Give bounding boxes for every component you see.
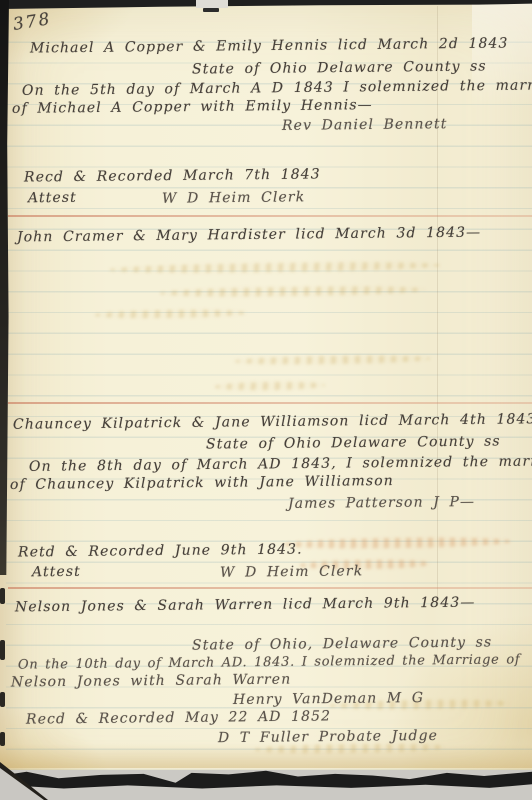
recording1-attest-label: Attest (28, 190, 77, 207)
bottom-edge-aging (0, 744, 532, 768)
ledger-page-scan: 378 Michael A Copper & Emily Hennis licd… (0, 0, 532, 800)
recording2-attest-label: Attest (32, 564, 81, 581)
entry-jones-warren-recorded-line: Recd & Recorded May 22 AD 1852 (26, 708, 331, 727)
page-crease (437, 6, 438, 606)
entry-kilpatrick-williamson-officiant-signature: James Patterson J P— (288, 494, 475, 512)
entry-copper-hennis-jurisdiction: State of Ohio Delaware County ss (192, 58, 487, 77)
recording2-clerk-signature: W D Heim Clerk (220, 563, 363, 580)
binding-edge-mark (0, 640, 5, 660)
entry-kilpatrick-williamson-jurisdiction: State of Ohio Delaware County ss (206, 433, 501, 452)
entry-jones-warren-jurisdiction: State of Ohio, Delaware County ss (192, 634, 492, 653)
recording1-clerk-signature: W D Heim Clerk (162, 189, 305, 206)
recording2-recorded-line: Retd & Recorded June 9th 1843. (18, 542, 303, 561)
recording1-recorded-line: Recd & Recorded March 7th 1843 (24, 166, 321, 185)
binding-edge-mark (0, 692, 5, 707)
entry-jones-warren-officiant-signature: Henry VanDeman M G (233, 690, 424, 708)
entry-copper-hennis-officiant-signature: Rev Daniel Bennett (282, 116, 448, 134)
entry-jones-warren-body2: Nelson Jones with Sarah Warren (11, 672, 291, 691)
red-separator-rule (8, 402, 532, 404)
binding-edge-mark (0, 588, 5, 604)
top-edge-notch (196, 0, 228, 8)
red-separator-rule (8, 215, 532, 217)
red-separator-rule (8, 587, 532, 589)
top-edge-mark (203, 8, 219, 12)
